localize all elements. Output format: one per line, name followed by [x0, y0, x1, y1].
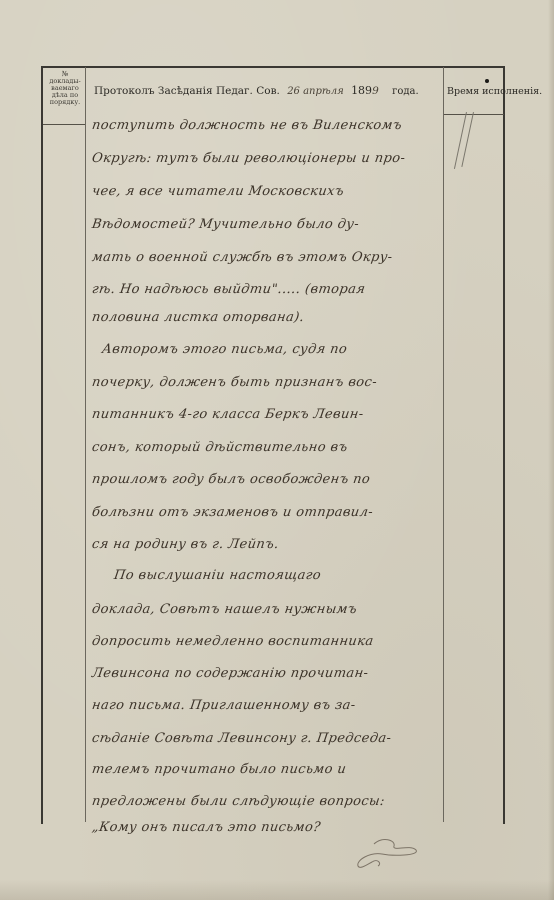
body-line: предложены были слѣдующіе вопросы: [91, 794, 386, 809]
header-year-digit: 9 [372, 85, 379, 97]
margin-column-header-rule [43, 124, 85, 125]
body-line: „Кому онъ писалъ это письмо? [91, 820, 322, 835]
page-bottom-shadow [0, 880, 554, 900]
header-printed-prefix: Протоколъ Засѣданія Педаг. Сов. [94, 85, 280, 97]
body-line: болѣзни отъ экзаменовъ и отправил- [91, 505, 374, 520]
body-line: питанникъ 4-го класса Беркъ Левин- [91, 407, 365, 422]
right-column-header-rule [444, 114, 504, 115]
frame-right-rule [503, 67, 505, 824]
protocol-header: Протоколъ Засѣданія Педаг. Сов. 26 апрѣл… [94, 84, 419, 97]
body-line: почерку, долженъ быть признанъ вос- [91, 375, 378, 390]
header-printed-suffix: года. [392, 86, 419, 97]
margin-column-rule [85, 67, 86, 822]
right-column-header: Время исполненія. [447, 86, 542, 97]
body-line: Авторомъ этого письма, судя по [101, 342, 348, 357]
body-line: половина листка оторвана). [91, 310, 305, 325]
margin-column-header-text: доклады-ваемаго дѣла по порядку. [49, 77, 80, 106]
body-line: Левинсона по содержанію прочитан- [91, 666, 369, 681]
header-handwritten-date: 26 апрѣля [287, 86, 344, 97]
frame-left-rule [41, 67, 43, 824]
body-line: По выслушаніи настоящаго [113, 568, 322, 583]
body-line: чее, я все читатели Московскихъ [91, 184, 345, 199]
body-line: наго письма. Приглашенному въ за- [91, 698, 357, 713]
body-line: ся на родину въ г. Лейпъ. [91, 537, 280, 552]
body-line: Округѣ: тутъ были революціонеры и про- [91, 151, 406, 166]
frame-top-rule [41, 66, 505, 68]
pencil-mark-icon [454, 112, 467, 169]
body-line: мать о военной службѣ въ этомъ Окру- [91, 250, 394, 265]
page-right-edge [548, 0, 554, 900]
body-line: телемъ прочитано было письмо и [91, 762, 347, 777]
right-column-rule [443, 67, 444, 822]
body-line: доклада, Совѣтъ нашелъ нужнымъ [91, 602, 358, 617]
body-line: гѣ. Но надѣюсь выйдти"..... (вторая [91, 282, 366, 297]
body-line: Вѣдомостей? Мучительно было ду- [91, 217, 360, 232]
body-line: допросить немедленно воспитанника [91, 634, 375, 649]
ink-blot [485, 79, 489, 83]
body-line: сонъ, который дѣйствительно въ [91, 440, 349, 455]
body-line: сѣданіе Совѣта Левинсону г. Председа- [91, 731, 392, 746]
flourish-icon [352, 838, 422, 870]
document-page: № доклады-ваемаго дѣла по порядку. Прото… [0, 0, 554, 900]
body-line: прошломъ году былъ освобожденъ по [91, 472, 371, 487]
header-year-prefix: 189 [351, 84, 372, 97]
margin-column-header: № доклады-ваемаго дѣла по порядку. [45, 71, 85, 106]
body-line: поступить должность не въ Виленскомъ [91, 118, 403, 133]
